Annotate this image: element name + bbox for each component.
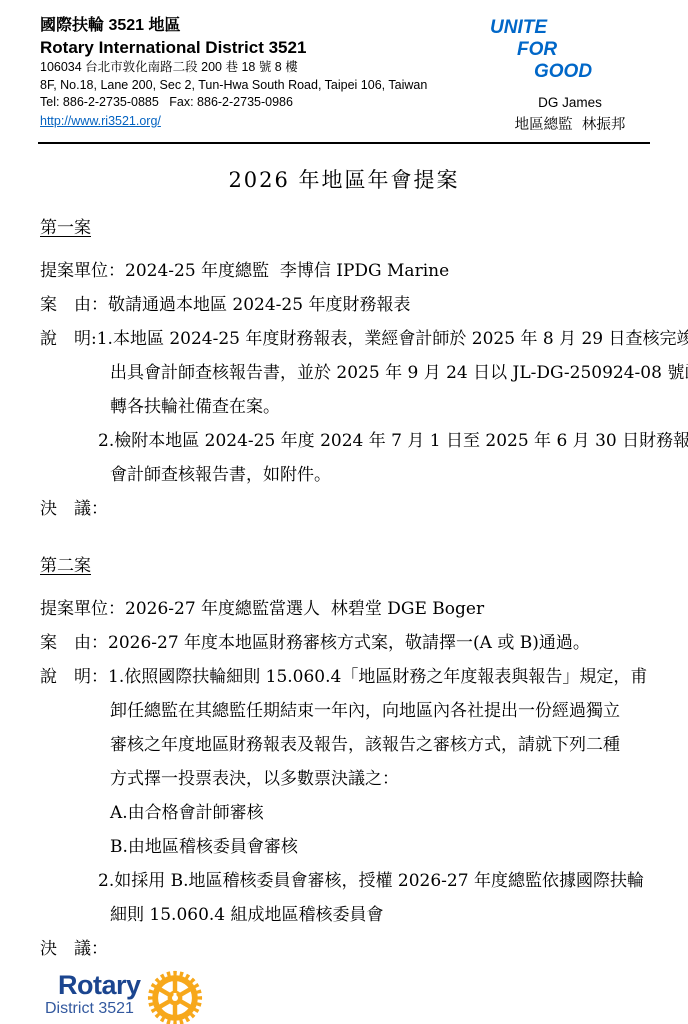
text-line: 提案單位：2026-27 年度總監當選人 林碧堂 DGE Boger [40,592,658,626]
text-line: 出具會計師查核報告書，並於 2025 年 9 月 24 日以 JL-DG-250… [40,356,658,390]
letterhead-right: UNITE FOR GOOD DG James 地區總監 林振邦 [490,15,650,134]
case-heading-2: 第二案 [40,554,91,578]
address-en: 8F, No.18, Lane 200, Sec 2, Tun-Hwa Sout… [40,77,427,95]
option-b-line: B.由地區稽核委員會審核 [40,830,658,864]
governor-name-zh: 地區總監 林振邦 [490,113,650,134]
case-1-lines: 提案單位：2024-25 年度總監 李博信 IPDG Marine 案 由：敬請… [40,254,658,526]
document-body: 第一案 提案單位：2024-25 年度總監 李博信 IPDG Marine 案 … [0,216,688,966]
theme-word-good: GOOD [534,61,650,83]
document-page: 國際扶輪 3521 地區 Rotary International Distri… [0,0,688,1024]
case-heading-1: 第一案 [40,216,91,240]
text-line: 轉各扶輪社備查在案。 [40,390,658,424]
governor-name-en: DG James [490,95,650,110]
theme-word-for: FOR [517,39,650,61]
text-line: 卸任總監在其總監任期結束一年內，向地區內各社提出一份經過獨立 [40,694,658,728]
tel-fax: Tel: 886-2-2735-0885 Fax: 886-2-2735-098… [40,94,427,112]
proposal-section-2: 第二案 提案單位：2026-27 年度總監當選人 林碧堂 DGE Boger 案… [40,554,658,966]
letterhead-left: 國際扶輪 3521 地區 Rotary International Distri… [40,15,427,134]
text-line: 說 明:1.本地區 2024-25 年度財務報表，業經會計師於 2025 年 8… [40,322,658,356]
text-line: 方式擇一投票表決，以多數票決議之： [40,762,658,796]
theme-word-unite: UNITE [490,17,650,39]
rotary-district-logo: Rotary District 3521 [45,972,688,1024]
text-line: 2.如採用 B.地區稽核委員會審核，授權 2026-27 年度總監依據國際扶輪 [40,864,658,898]
address-zh: 106034 台北市敦化南路二段 200 巷 18 號 8 樓 [40,59,427,77]
org-name-en: Rotary International District 3521 [40,36,427,59]
text-line: 說 明：1.依照國際扶輪細則 15.060.4「地區財務之年度報表與報告」規定，… [40,660,658,694]
page-title: 2026 年地區年會提案 [0,164,688,194]
text-line: 2.檢附本地區 2024-25 年度 2024 年 7 月 1 日至 2025 … [40,424,658,458]
header-divider [38,142,650,144]
text-line: 細則 15.060.4 組成地區稽核委員會 [40,898,658,932]
org-name-zh: 國際扶輪 3521 地區 [40,15,427,36]
district-text: District 3521 [45,999,141,1018]
text-line: 提案單位：2024-25 年度總監 李博信 IPDG Marine [40,254,658,288]
text-line: 審核之年度地區財務報表及報告，該報告之審核方式，請就下列二種 [40,728,658,762]
resolution-line: 決 議： [40,932,658,966]
rotary-wordmark: Rotary District 3521 [45,972,141,1018]
unite-for-good-logo: UNITE FOR GOOD [490,17,650,83]
website-link[interactable]: http://www.ri3521.org/ [40,113,161,131]
text-line: 案 由：2026-27 年度本地區財務審核方式案，敬請擇一(A 或 B)通過。 [40,626,658,660]
rotary-wheel-icon [146,969,204,1024]
case-2-lines: 提案單位：2026-27 年度總監當選人 林碧堂 DGE Boger 案 由：2… [40,592,658,966]
text-line: 會計師查核報告書，如附件。 [40,458,658,492]
rotary-brand-text: Rotary [45,972,141,999]
resolution-line: 決 議： [40,492,658,526]
letterhead: 國際扶輪 3521 地區 Rotary International Distri… [0,0,688,142]
proposal-section-1: 第一案 提案單位：2024-25 年度總監 李博信 IPDG Marine 案 … [40,216,658,526]
text-line: 案 由：敬請通過本地區 2024-25 年度財務報表 [40,288,658,322]
option-a-line: A.由合格會計師審核 [40,796,658,830]
